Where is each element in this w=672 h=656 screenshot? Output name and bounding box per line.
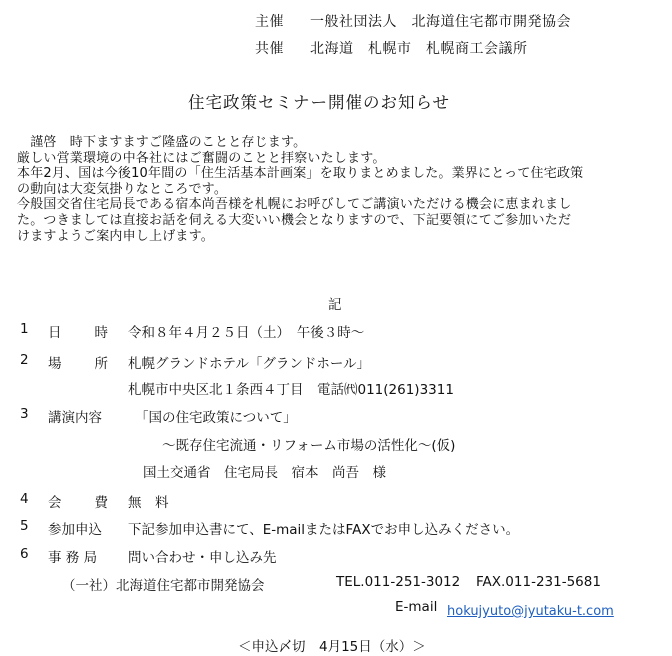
item-label: 場 所 — [48, 352, 110, 372]
item-number: 2 — [20, 352, 29, 368]
item-number: 3 — [20, 406, 29, 422]
body-line: 本年2月、国は今後10年間の「住生活基本計画案」を取りまとめました。業界にとって… — [17, 166, 583, 182]
organizer-label: 主催 — [255, 14, 284, 30]
item-label: 参加申込 — [48, 518, 102, 538]
body-line: 今般国交省住宅局長である宿本尚吾様を札幌にお呼びしてご講演いただける機会に恵まれ… — [17, 197, 583, 213]
item-label: 会 費 — [48, 491, 110, 511]
page-title: 住宅政策セミナー開催のお知らせ — [188, 89, 450, 113]
organizer-line: 主催一般社団法人 北海道住宅都市開発協会 — [255, 11, 571, 31]
item-number: 1 — [20, 321, 29, 337]
item-venue: 2 — [20, 352, 29, 368]
ki-heading: 記 — [328, 293, 342, 313]
venue-address: 札幌市中央区北１条西４丁目 電話㈹011(261)3311 — [128, 378, 454, 398]
email-link[interactable]: hokujyuto@jyutaku-t.com — [447, 604, 614, 619]
office-fax: FAX.011-231-5681 — [476, 574, 601, 590]
item-secretariat: 6 — [20, 546, 29, 562]
office-name: （一社）北海道住宅都市開発協会 — [62, 574, 265, 594]
item-application: 5 — [20, 518, 29, 534]
greeting-body: 謹啓 時下ますますご隆盛のことと存じます。 厳しい営業環境の中各社にはご奮闘のこ… — [17, 135, 583, 244]
item-value: 下記参加申込書にて、E-mailまたはFAXでお申し込みください。 — [128, 518, 519, 538]
office-tel: TEL.011-251-3012 — [336, 574, 460, 590]
cosponsor-names: 北海道 札幌市 札幌商工会議所 — [310, 41, 528, 57]
item-label: 日 時 — [48, 321, 110, 341]
body-line: 謹啓 時下ますますご隆盛のことと存じます。 — [17, 135, 583, 151]
item-value: 「国の住宅政策について」 — [135, 406, 297, 426]
item-lecture: 3 — [20, 406, 29, 422]
cosponsor-label: 共催 — [255, 41, 284, 57]
item-value: 問い合わせ・申し込み先 — [128, 546, 277, 566]
body-line: の動向は大変気掛りなところです。 — [17, 182, 583, 198]
item-value: 令和８年４月２５日（土） 午後３時～ — [128, 321, 364, 341]
item-label: 事 務 局 — [48, 546, 97, 566]
organizer-name: 一般社団法人 北海道住宅都市開発協会 — [310, 14, 571, 30]
lecture-subtitle: ～既存住宅流通・リフォーム市場の活性化～(仮) — [162, 434, 455, 454]
item-date: 1 — [20, 321, 29, 337]
item-number: 4 — [20, 491, 29, 507]
body-line: た。つきましては直接お話を伺える大変いい機会となりますので、下記要領にてご参加い… — [17, 213, 583, 229]
item-fee: 4 — [20, 491, 29, 507]
item-value: 札幌グランドホテル「グランドホール」 — [128, 352, 370, 372]
item-value: 無 料 — [128, 491, 169, 511]
item-number: 5 — [20, 518, 29, 534]
item-number: 6 — [20, 546, 29, 562]
item-label: 講演内容 — [48, 406, 102, 426]
cosponsor-line: 共催北海道 札幌市 札幌商工会議所 — [255, 38, 528, 58]
email-label: E-mail — [395, 599, 437, 615]
body-line: けますようご案内申し上げます。 — [17, 229, 583, 245]
deadline-notice: ＜申込〆切 4月15日（水）＞ — [238, 635, 426, 655]
body-line: 厳しい営業環境の中各社にはご奮闘のことと拝察いたします。 — [17, 151, 583, 167]
lecture-speaker: 国土交通省 住宅局長 宿本 尚吾 様 — [143, 461, 386, 481]
